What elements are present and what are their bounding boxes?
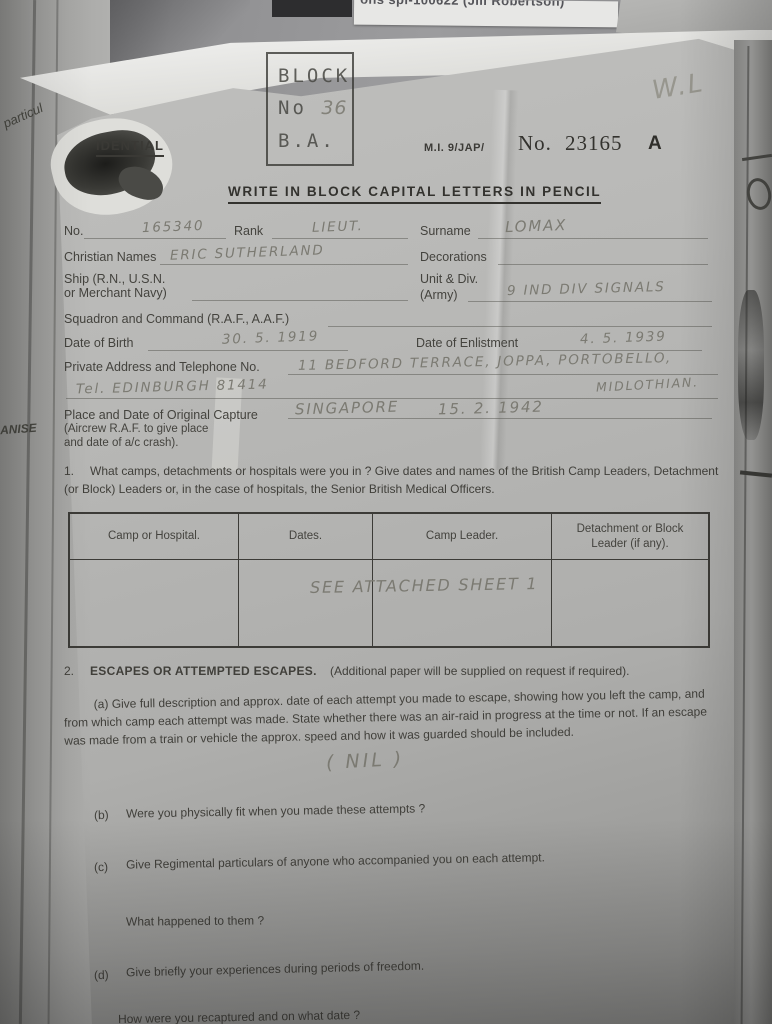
- confidential-stamp: IDENTIAL: [96, 138, 164, 157]
- col-camp-or-hospital: Camp or Hospital.: [70, 514, 239, 559]
- block-stamp-line1: BLOCK: [278, 60, 352, 92]
- capture-date-value: 15. 2. 1942: [438, 398, 544, 419]
- table-note-value: SEE ATTACHED SHEET 1: [310, 574, 539, 597]
- rank-label: Rank: [234, 224, 263, 238]
- table-cell: [552, 560, 708, 646]
- rule: [328, 326, 712, 327]
- table-cell: [239, 560, 373, 646]
- table-cell: [70, 560, 239, 646]
- q2-heading-note: (Additional paper will be supplied on re…: [330, 662, 630, 680]
- col-detachment-leader: Detachment or Block Leader (if any).: [552, 514, 708, 559]
- decorations-label: Decorations: [420, 250, 487, 264]
- rule: [468, 301, 712, 302]
- q2d-label: (d): [94, 966, 109, 985]
- table-cell: [373, 560, 552, 646]
- form-no-label: No.: [518, 131, 552, 156]
- dob-value: 30. 5. 1919: [222, 328, 320, 347]
- q2b-label: (b): [94, 806, 109, 824]
- dob-label: Date of Birth: [64, 336, 133, 350]
- rule: [160, 264, 408, 265]
- block-stamp-line3: B.A.: [278, 125, 352, 157]
- q1-text: What camps, detachments or hospitals wer…: [64, 462, 719, 498]
- no-value: 165340: [142, 218, 205, 236]
- surname-value: LOMAX: [505, 216, 568, 236]
- rule: [192, 300, 408, 301]
- camps-table-body-row: [70, 560, 708, 646]
- rule: [288, 374, 718, 375]
- q2-number: 2.: [64, 662, 74, 680]
- q2c-text2: What happened to them ?: [126, 911, 264, 930]
- block-stamp-line2: No 36: [278, 92, 352, 124]
- form-title: WRITE IN BLOCK CAPITAL LETTERS IN PENCIL: [228, 184, 601, 204]
- no-label: No.: [64, 224, 83, 238]
- dark-object-top: [272, 0, 352, 17]
- rule: [288, 418, 712, 419]
- q2c-label: (c): [94, 858, 108, 876]
- recaptured-text: How were you recaptured and on what date…: [118, 1006, 360, 1024]
- archive-label: ons spi-100622 (Jill Robertson): [354, 0, 618, 27]
- capture-place-value: SINGAPORE: [295, 398, 399, 419]
- address-label: Private Address and Telephone No.: [64, 360, 260, 374]
- rule: [272, 238, 408, 239]
- mi9-label: M.I. 9/JAP/: [424, 142, 485, 154]
- squadron-label: Squadron and Command (R.A.F., A.A.F.): [64, 312, 289, 326]
- christian-names-label: Christian Names: [64, 250, 156, 264]
- capture-label-line3: and date of a/c crash).: [64, 437, 178, 449]
- enlistment-value: 4. 5. 1939: [580, 328, 667, 347]
- rule: [498, 264, 708, 265]
- q2a: (a) Give full description and approx. da…: [64, 684, 725, 750]
- block-stamp: BLOCK No 36 B.A.: [266, 52, 354, 166]
- rank-value: LIEUT.: [312, 218, 364, 236]
- archive-label-text: ons spi-100622 (Jill Robertson): [360, 0, 618, 9]
- form-number: 23165: [565, 131, 623, 156]
- rule: [84, 238, 226, 239]
- q2-heading: ESCAPES OR ATTEMPTED ESCAPES.: [90, 662, 317, 680]
- capture-label-line2: (Aircrew R.A.F. to give place: [64, 423, 208, 435]
- q2a-label: (a): [94, 697, 109, 711]
- underlying-page-fragment: ANISE: [0, 421, 37, 438]
- rule: [478, 238, 708, 239]
- surname-label: Surname: [420, 224, 471, 238]
- ship-label-line2: or Merchant Navy): [64, 286, 167, 300]
- ship-label-line1: Ship (R.N., U.S.N.: [64, 272, 165, 286]
- q2a-text: Give full description and approx. date o…: [64, 687, 707, 748]
- block-stamp-no-value: 36: [321, 97, 347, 119]
- ink-smudge: [738, 290, 764, 440]
- scanned-document-photo: ons spi-100622 (Jill Robertson) particul…: [0, 0, 772, 1024]
- col-camp-leader: Camp Leader.: [373, 514, 552, 559]
- unit-label-line1: Unit & Div.: [420, 272, 478, 286]
- camps-table-header-row: Camp or Hospital. Dates. Camp Leader. De…: [70, 514, 708, 560]
- form-suffix: A: [648, 133, 662, 155]
- capture-label-line1: Place and Date of Original Capture: [64, 408, 258, 422]
- block-stamp-no-label: No: [278, 97, 307, 119]
- unit-label-line2: (Army): [420, 288, 458, 302]
- nil-value: ( NIL ): [325, 748, 404, 774]
- rule: [148, 350, 348, 351]
- col-dates: Dates.: [239, 514, 373, 559]
- enlistment-label: Date of Enlistment: [416, 336, 518, 350]
